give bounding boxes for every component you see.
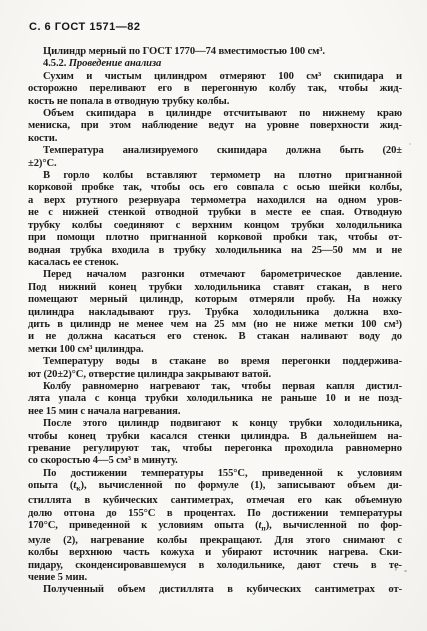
text-line: при помощи плотно пригнанной корковой пр… — [28, 232, 402, 244]
scan-speck — [409, 143, 411, 145]
text-segment: Полученный объем дистиллята в кубических… — [43, 584, 402, 595]
text-line: гревание регулируют так, чтобы перегонка… — [28, 443, 402, 455]
text-line: не с нижней стенкой отводной трубки в ме… — [28, 207, 402, 219]
text-line: стиллята в кубических сантиметрах, отмеч… — [28, 495, 402, 507]
text-body: Цилиндр мерный по ГОСТ 1770—74 вместимос… — [28, 46, 402, 597]
text-line: водная трубка входила в трубку холодильн… — [28, 245, 402, 257]
text-segment: В горло колбы вставляют термометр на пло… — [43, 170, 402, 181]
text-segment: Цилиндр мерный по ГОСТ 1770—74 вместимос… — [43, 46, 325, 57]
text-line: касалась ее стенок. — [28, 257, 402, 269]
text-segment: чтобы конец трубки касался стенки цилинд… — [28, 431, 402, 442]
text-segment: Колбу равномерно нагревают так, чтобы пе… — [43, 381, 402, 392]
document-page: С. 6 ГОСТ 1571—82 Цилиндр мерный по ГОСТ… — [0, 0, 427, 631]
text-segment: метки 100 см³ цилиндра. — [28, 344, 144, 355]
text-segment: и не должна касаться его стенок. В стака… — [28, 331, 402, 342]
text-line: чение 5 мин. — [28, 572, 402, 584]
text-line: Под нижний конец трубки холодильника ста… — [28, 282, 402, 294]
text-line: чтобы конец трубки касался стенки цилинд… — [28, 431, 402, 443]
text-line: трубку колбы соединяют с верхним концом … — [28, 220, 402, 232]
text-segment: со скоростью 4—5 см³ в минуту. — [28, 455, 178, 466]
text-segment: пидару, сконденсировавшемуся в холодильн… — [28, 560, 402, 571]
text-line: со скоростью 4—5 см³ в минуту. — [28, 455, 402, 467]
text-line: Полученный объем дистиллята в кубических… — [28, 584, 402, 596]
text-line: пидару, сконденсировавшемуся в холодильн… — [28, 560, 402, 572]
text-line: помещают мерный цилиндр, которым отмерял… — [28, 294, 402, 306]
text-segment: муле (2), нагревание колбы прекращают. Д… — [28, 535, 402, 546]
text-segment: ), вычисленной по формуле (1), записываю… — [81, 480, 402, 491]
text-line: лята упала с конца трубки холодильника н… — [28, 393, 402, 405]
text-segment: мениска, при этом наблюдение ведут на ур… — [28, 120, 402, 131]
page-header: С. 6 ГОСТ 1571—82 — [29, 21, 141, 33]
text-segment: осторожно переливают его в перегонную ко… — [28, 83, 402, 94]
text-segment: Перед началом разгонки отмечают барометр… — [43, 269, 402, 280]
text-line: Перед началом разгонки отмечают барометр… — [28, 269, 402, 281]
text-line: колбы верхнюю часть кожуха и убирают ист… — [28, 547, 402, 559]
text-segment: По достижении температуры 155°С, приведе… — [43, 468, 402, 479]
text-segment: гревание регулируют так, чтобы перегонка… — [28, 443, 402, 454]
text-line: Температура анализируемого скипидара дол… — [28, 145, 402, 157]
text-line: 170°С, приведенной к условиям опыта (tп)… — [28, 520, 402, 535]
text-line: корковой пробке так, чтобы ось его совпа… — [28, 182, 402, 194]
text-segment: кости. — [28, 133, 57, 144]
text-segment: Температуру воды в стакане во время пере… — [43, 356, 402, 367]
text-segment: Температура анализируемого скипидара дол… — [43, 145, 402, 156]
scan-speck — [404, 570, 407, 572]
text-line: нее 15 мин с начала нагревания. — [28, 406, 402, 418]
text-segment: кость не попала в отводную трубку колбы. — [28, 96, 229, 107]
text-segment: долю отгона до 155°С в процентах. По дос… — [28, 508, 402, 519]
text-segment: чение 5 мин. — [28, 572, 87, 583]
text-line: Колбу равномерно нагревают так, чтобы пе… — [28, 381, 402, 393]
text-segment: помещают мерный цилиндр, которым отмерял… — [28, 294, 402, 305]
text-segment: Объем скипидара в цилиндре отсчитывают п… — [43, 108, 402, 119]
text-segment: 4.5.2. — [43, 58, 69, 69]
text-segment: колбы верхнюю часть кожуха и убирают ист… — [28, 547, 402, 558]
text-segment: водная трубка входила в трубку холодильн… — [28, 245, 402, 256]
text-line: Сухим и чистым цилиндром отмеряют 100 см… — [28, 71, 402, 83]
text-segment: корковой пробке так, чтобы ось его совпа… — [28, 182, 402, 193]
text-segment: Сухим и чистым цилиндром отмеряют 100 см… — [43, 71, 402, 82]
text-segment: нее 15 мин с начала нагревания. — [28, 406, 180, 417]
text-line: После этого цилиндр подвигают к концу тр… — [28, 418, 402, 430]
text-line: 4.5.2. Проведение анализа — [28, 58, 402, 70]
text-line: осторожно переливают его в перегонную ко… — [28, 83, 402, 95]
text-segment: ), вычисленной по фор- — [266, 520, 402, 531]
text-line: Цилиндр мерный по ГОСТ 1770—74 вместимос… — [28, 46, 402, 58]
text-segment: при помощи плотно пригнанной корковой пр… — [28, 232, 402, 243]
text-line: метки 100 см³ цилиндра. — [28, 344, 402, 356]
text-line: цилиндра накладывают груз. Трубка холоди… — [28, 307, 402, 319]
text-segment: стиллята в кубических сантиметрах, отмеч… — [28, 495, 402, 506]
text-line: Объем скипидара в цилиндре отсчитывают п… — [28, 108, 402, 120]
text-segment: 170°С, приведенной к условиям опыта ( — [28, 520, 259, 531]
text-line: кости. — [28, 133, 402, 145]
text-line: долю отгона до 155°С в процентах. По дос… — [28, 508, 402, 520]
text-segment: трубку колбы соединяют с верхним концом … — [28, 220, 402, 231]
text-segment: дить в цилиндр не менее чем на 25 мм (но… — [28, 319, 402, 330]
text-line: ют (20±2)°С, отверстие цилиндра закрываю… — [28, 369, 402, 381]
text-line: муле (2), нагревание колбы прекращают. Д… — [28, 535, 402, 547]
text-line: опыта (tк), вычисленной по формуле (1), … — [28, 480, 402, 495]
text-line: мениска, при этом наблюдение ведут на ур… — [28, 120, 402, 132]
text-line: ±2)°С. — [28, 158, 402, 170]
text-line: а верх ртутного резервуара термометра на… — [28, 195, 402, 207]
text-segment: а верх ртутного резервуара термометра на… — [28, 195, 402, 206]
text-segment: ют (20±2)°С, отверстие цилиндра закрываю… — [28, 369, 271, 380]
text-line: Температуру воды в стакане во время пере… — [28, 356, 402, 368]
text-line: По достижении температуры 155°С, приведе… — [28, 468, 402, 480]
text-segment: цилиндра накладывают груз. Трубка холоди… — [28, 307, 402, 318]
text-segment: касалась ее стенок. — [28, 257, 119, 268]
text-segment: лята упала с конца трубки холодильника н… — [28, 393, 402, 404]
italic-text: Проведение анализа — [69, 58, 161, 69]
text-line: дить в цилиндр не менее чем на 25 мм (но… — [28, 319, 402, 331]
text-segment: опыта ( — [28, 480, 73, 491]
text-line: В горло колбы вставляют термометр на пло… — [28, 170, 402, 182]
text-segment: После этого цилиндр подвигают к концу тр… — [43, 418, 402, 429]
text-line: кость не попала в отводную трубку колбы. — [28, 96, 402, 108]
text-segment: не с нижней стенкой отводной трубки в ме… — [28, 207, 402, 218]
text-segment: Под нижний конец трубки холодильника ста… — [28, 282, 402, 293]
text-line: и не должна касаться его стенок. В стака… — [28, 331, 402, 343]
text-segment: ±2)°С. — [28, 158, 57, 169]
